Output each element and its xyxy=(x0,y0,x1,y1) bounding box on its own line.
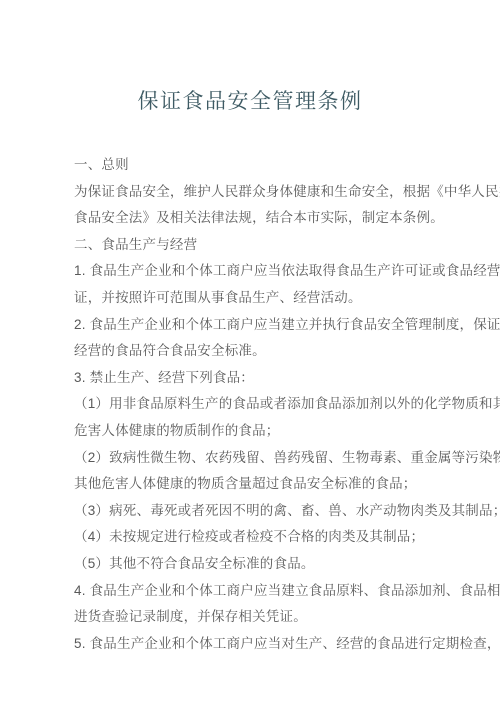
text-line: 2. 食品生产企业和个体工商户应当建立并执行食品安全管理制度，保证生产、 xyxy=(74,312,470,339)
text-line: 经营的食品符合食品安全标准。 xyxy=(74,338,470,365)
text-line: 1. 食品生产企业和个体工商户应当依法取得食品生产许可证或食品经营许可 xyxy=(74,258,470,285)
text-line: 危害人体健康的物质制作的食品； xyxy=(74,418,470,445)
text-line: 3. 禁止生产、经营下列食品： xyxy=(74,365,470,392)
text-line: （5）其他不符合食品安全标准的食品。 xyxy=(74,551,470,578)
text-line: 一、总则 xyxy=(74,152,470,179)
text-line: 5. 食品生产企业和个体工商户应当对生产、经营的食品进行定期检查，发现不 xyxy=(74,631,470,658)
document-title: 保证食品安全管理条例 xyxy=(0,85,500,115)
text-line: 进货查验记录制度，并保存相关凭证。 xyxy=(74,604,470,631)
text-line: （4）未按规定进行检疫或者检疫不合格的肉类及其制品； xyxy=(74,524,470,551)
text-line: 4. 食品生产企业和个体工商户应当建立食品原料、食品添加剂、食品相关产品 xyxy=(74,578,470,605)
document-page: 保证食品安全管理条例 一、总则为保证食品安全，维护人民群众身体健康和生命安全，根… xyxy=(0,0,500,707)
text-line: 为保证食品安全，维护人民群众身体健康和生命安全，根据《中华人民共和国 xyxy=(74,179,470,206)
document-body: 一、总则为保证食品安全，维护人民群众身体健康和生命安全，根据《中华人民共和国食品… xyxy=(74,152,470,657)
text-line: 其他危害人体健康的物质含量超过食品安全标准的食品； xyxy=(74,471,470,498)
text-line: （1）用非食品原料生产的食品或者添加食品添加剂以外的化学物质和其他可能 xyxy=(74,391,470,418)
text-line: 证，并按照许可范围从事食品生产、经营活动。 xyxy=(74,285,470,312)
text-line: 二、食品生产与经营 xyxy=(74,232,470,259)
text-line: （3）病死、毒死或者死因不明的禽、畜、兽、水产动物肉类及其制品； xyxy=(74,498,470,525)
text-line: （2）致病性微生物、农药残留、兽药残留、生物毒素、重金属等污染物质以及 xyxy=(74,445,470,472)
text-line: 食品安全法》及相关法律法规，结合本市实际，制定本条例。 xyxy=(74,205,470,232)
